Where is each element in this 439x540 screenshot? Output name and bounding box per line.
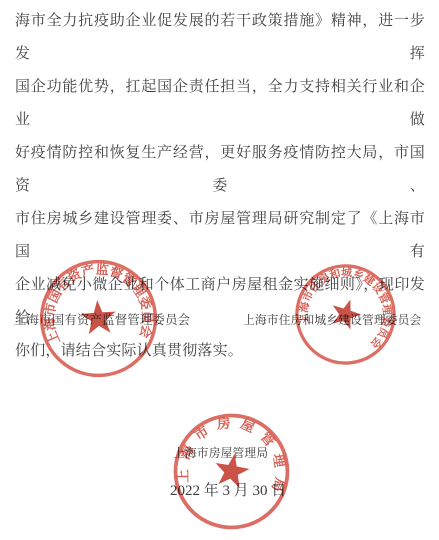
signer-name-sasac: 上海市国有资产监督管理委员会 bbox=[14, 310, 190, 328]
body-line: 国企功能优势，扛起国企责任担当，全力支持相关行业和企业做 bbox=[15, 71, 425, 137]
signer-name-housing-bureau: 上海市房屋管理局 bbox=[173, 444, 268, 461]
body-line: 海市全力抗疫助企业促发展的若干政策措施》精神，进一步发挥 bbox=[15, 5, 425, 71]
body-line: 好疫情防控和恢复生产经营，更好服务疫情防控大局，市国资委、 bbox=[15, 137, 425, 203]
document-date: 2022 年 3 月 30 日 bbox=[170, 479, 286, 500]
body-line: 市住房城乡建设管理委、市房屋管理局研究制定了《上海市国有 bbox=[15, 203, 425, 269]
official-seal-housing-bureau: 上海市房屋管理局 bbox=[161, 401, 301, 540]
seal-ring bbox=[167, 407, 297, 537]
seal-graphic: 上海市房屋管理局 bbox=[161, 401, 301, 540]
official-document-page: 海市全力抗疫助企业促发展的若干政策措施》精神，进一步发挥 国企功能优势，扛起国企… bbox=[0, 0, 439, 540]
signer-name-housing-construction: 上海市住房和城乡建设管理委员会 bbox=[243, 311, 421, 328]
body-line: 你们，请结合实际认真贯彻落实。 bbox=[15, 335, 425, 368]
